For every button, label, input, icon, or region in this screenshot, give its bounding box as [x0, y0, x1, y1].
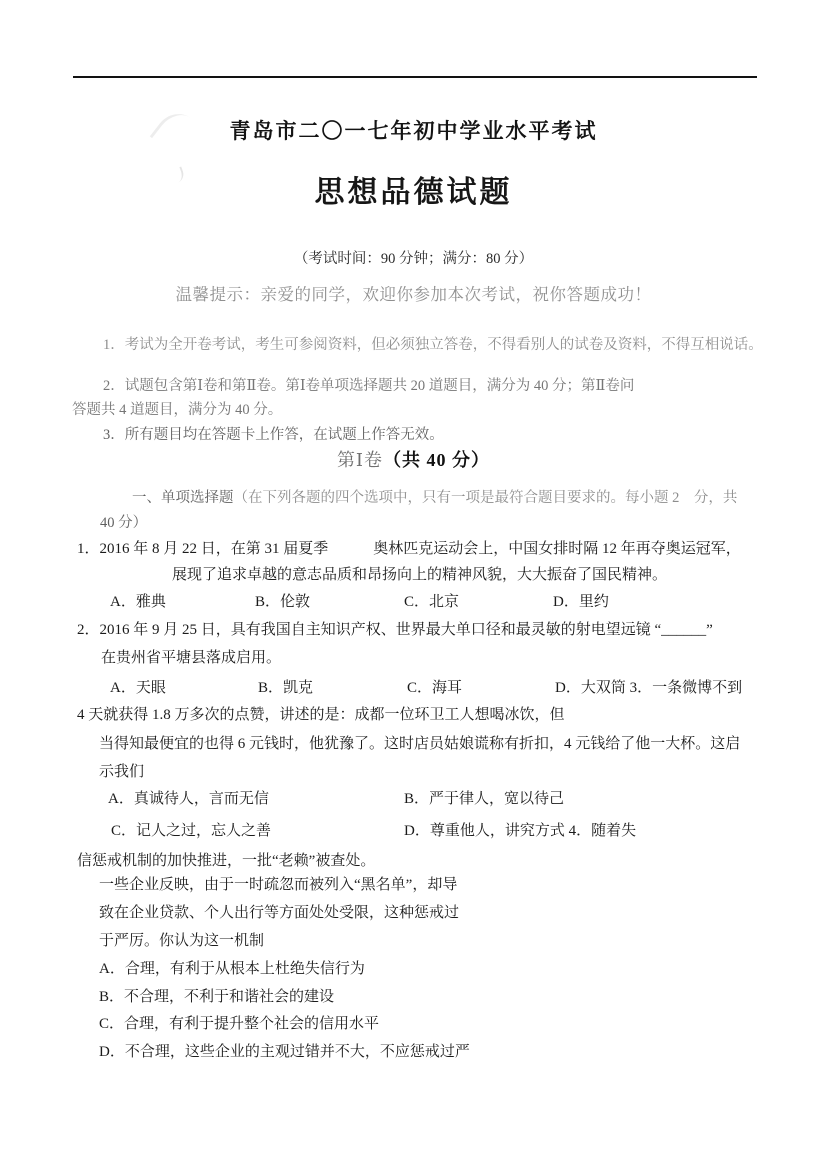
question-1-option-c: C．北京	[404, 593, 459, 612]
header-rule	[73, 76, 757, 78]
exam-paper-page: 青岛市二〇一七年初中学业水平考试 思想品德试题 （考试时间：90 分钟；满分：8…	[0, 0, 827, 1169]
question-2-option-c: C．海耳	[407, 679, 462, 698]
question-2-option-d: D．大双筒 3．一条微博不到	[555, 679, 742, 698]
question-4-lead: 信惩戒机制的加快推进，一批“老赖”被查处。	[77, 852, 375, 871]
section1-intro-lead: 一、单项选择题	[132, 490, 234, 506]
question-3-line2: 当得知最便宜的也得 6 元钱时，他犹豫了。这时店员姑娘谎称有折扣，4 元钱给了他…	[99, 735, 740, 754]
part1-label: 第Ⅰ卷	[337, 450, 383, 470]
exam-title: 青岛市二〇一七年初中学业水平考试	[0, 118, 827, 144]
question-3-line1: 4 天就获得 1.8 万多次的点赞，讲述的是：成都一位环卫工人想喝冰饮，但	[77, 706, 565, 725]
instruction-2-line2: 答题共 4 道题目，满分为 40 分。	[72, 401, 282, 419]
instruction-2-line1: 2．试题包含第Ⅰ卷和第Ⅱ卷。第Ⅰ卷单项选择题共 20 道题目，满分为 40 分；…	[103, 377, 634, 395]
question-3-option-b: B．严于律人，宽以待己	[404, 790, 564, 809]
part1-heading: 第Ⅰ卷（共 40 分）	[0, 449, 827, 472]
question-1-option-a: A．雅典	[110, 593, 166, 612]
question-3-line3: 示我们	[99, 763, 144, 782]
question-4-option-d: D．不合理，这些企业的主观过错并不大，不应惩戒过严	[99, 1043, 470, 1062]
question-3-option-d: D．尊重他人，讲究方式 4．随着失	[404, 822, 636, 841]
question-4-body3: 于严厉。你认为这一机制	[99, 932, 264, 951]
section1-intro-line2: 40 分）	[100, 514, 147, 532]
question-2-line2: 在贵州省平塘县落成启用。	[101, 649, 281, 668]
question-4-option-a: A．合理，有利于从根本上杜绝失信行为	[99, 960, 365, 979]
instruction-3: 3．所有题目均在答题卡上作答，在试题上作答无效。	[103, 426, 444, 444]
section1-intro-rest: （在下列各题的四个选项中，只有一项是最符合题目要求的。每小题 2 分，共	[234, 490, 738, 506]
part1-score: （共 40 分）	[383, 450, 490, 470]
instruction-1: 1．考试为全开卷考试，考生可参阅资料，但必须独立答卷，不得看别人的试卷及资料，不…	[103, 336, 763, 354]
greeting-tip: 温馨提示：亲爱的同学，欢迎你参加本次考试，祝你答题成功！	[0, 285, 827, 306]
question-1-option-b: B．伦敦	[255, 593, 310, 612]
question-4-body1: 一些企业反映，由于一时疏忽而被列入“黑名单”，却导	[99, 876, 457, 895]
question-2-option-b: B．凯克	[258, 679, 313, 698]
subject-title: 思想品德试题	[0, 174, 827, 212]
question-1-option-d: D．里约	[553, 593, 609, 612]
question-2-option-a: A．天眼	[110, 679, 166, 698]
question-4-option-b: B．不合理，不利于和谐社会的建设	[99, 988, 334, 1007]
exam-meta-info: （考试时间：90 分钟；满分：80 分）	[0, 250, 827, 268]
question-1-line1: 1．2016 年 8 月 22 日，在第 31 届夏季 奥林匹克运动会上，中国女…	[77, 540, 741, 559]
question-3-option-c: C．记人之过，忘人之善	[111, 822, 271, 841]
question-1-line2: 展现了追求卓越的意志品质和昂扬向上的精神风貌，大大振奋了国民精神。	[172, 566, 667, 585]
question-3-option-a: A．真诚待人，言而无信	[108, 790, 269, 809]
question-4-body2: 致在企业贷款、个人出行等方面处处受限，这种惩戒过	[99, 904, 459, 923]
question-4-option-c: C．合理，有利于提升整个社会的信用水平	[99, 1015, 379, 1034]
question-2-line1: 2．2016 年 9 月 25 日，具有我国自主知识产权、世界最大单口径和最灵敏…	[77, 621, 713, 640]
section1-intro-line1: 一、单项选择题（在下列各题的四个选项中，只有一项是最符合题目要求的。每小题 2 …	[132, 489, 737, 507]
